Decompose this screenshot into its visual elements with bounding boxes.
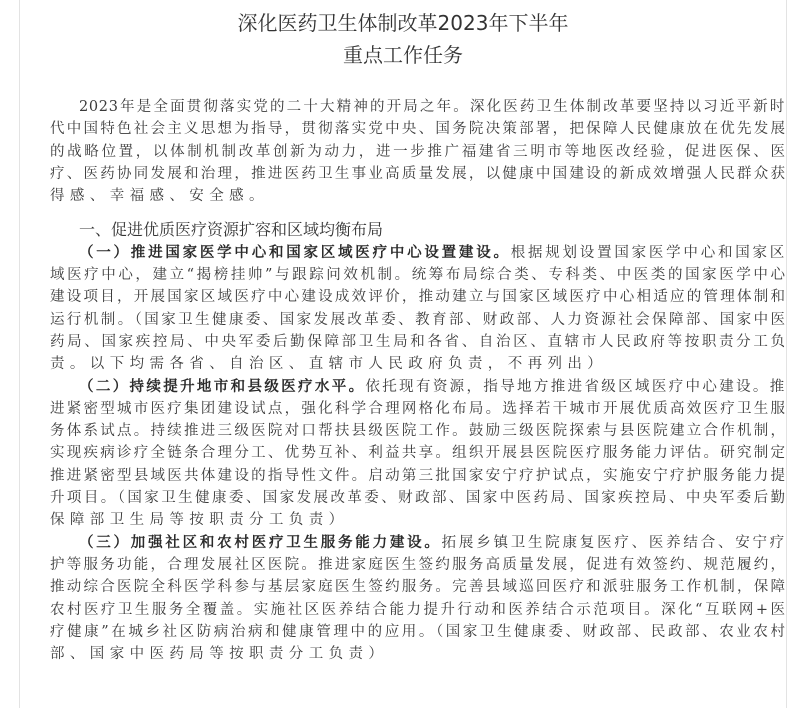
item-line: 域医疗中心，建立“揭榜挂帅”与跟踪问效机制。统筹布局综合类、专科类、中医类的国家…: [50, 264, 785, 286]
item-line: 责。以下均需各省、自治区、直辖市人民政府负责，不再列出）: [50, 353, 785, 375]
document-subtitle: 重点工作任务: [20, 42, 786, 68]
section-heading: 一、促进优质医疗资源扩容和区域均衡布局: [50, 219, 786, 241]
item-line: 运行机制。（国家卫生健康委、国家发展改革委、教育部、财政部、人力资源社会保障部、…: [50, 309, 785, 331]
item-line: 部、国家中医药局等按职责分工负责）: [50, 643, 785, 665]
item-title: （三）加强社区和农村医疗卫生服务能力建设。: [79, 534, 442, 551]
item-first-line: （二）持续提升地市和县级医疗水平。依托现有资源，指导地方推进省级区域医疗中心建设…: [50, 376, 785, 398]
item-line: 疗健康”在城乡社区防病治病和健康管理中的应用。（国家卫生健康委、财政部、民政部、…: [50, 621, 785, 643]
item-paragraph-3: （三）加强社区和农村医疗卫生服务能力建设。拓展乡镇卫生院康复医疗、医养结合、安宁…: [50, 532, 786, 666]
item-line: 农村医疗卫生服务全覆盖。实施社区医养结合能力提升行动和医养结合示范项目。深化“互…: [50, 599, 785, 621]
item-line: 务体系试点。持续推进三级医院对口帮扶县级医院工作。鼓励三级医院探索与县医院建立合…: [50, 420, 785, 442]
item-line: 建设项目，开展国家区域医疗中心建设成效评价，推动建立与国家区域医疗中心相适应的管…: [50, 286, 785, 308]
intro-line: 疗、医药协同发展和治理，推进医药卫生事业高质量发展，以健康中国建设的新成效增强人…: [50, 163, 785, 185]
item-title: （二）持续提升地市和县级医疗水平。: [79, 378, 365, 395]
right-border-line: [786, 0, 787, 708]
item-first-line: （三）加强社区和农村医疗卫生服务能力建设。拓展乡镇卫生院康复医疗、医养结合、安宁…: [50, 532, 785, 554]
item-text: 依托现有资源，指导地方推进省级区域医疗中心建设。推: [365, 379, 785, 395]
intro-line: 代中国特色社会主义思想为指导，贯彻落实党中央、国务院决策部署，把保障人民健康放在…: [50, 118, 785, 140]
item-line: 升项目。（国家卫生健康委、国家发展改革委、财政部、国家中医药局、国家疾控局、中央…: [50, 487, 785, 509]
item-line: 药局、国家疾控局、中央军委后勤保障部卫生局和各省、自治区、直辖市人民政府等按职责…: [50, 331, 785, 353]
item-title: （一）推进国家医学中心和国家区域医疗中心设置建设。: [79, 244, 511, 261]
item-line: 保障部卫生局等按职责分工负责）: [50, 509, 785, 531]
left-border-line: [19, 0, 20, 708]
item-line: 推进紧密型县域医共体建设的指导性文件。启动第三批国家安宁疗护试点，实施安宁疗护服…: [50, 465, 785, 487]
item-first-line: （一）推进国家医学中心和国家区域医疗中心设置建设。根据规划设置国家医学中心和国家…: [50, 242, 785, 264]
item-line: 护等服务功能，合理发展社区医院。推进家庭医生签约服务高质量发展，促进有效签约、规…: [50, 554, 785, 576]
item-text: 拓展乡镇卫生院康复医疗、医养结合、安宁疗: [442, 535, 785, 551]
item-text: 根据规划设置国家医学中心和国家区: [511, 245, 785, 261]
intro-line: 2023年是全面贯彻落实党的二十大精神的开局之年。深化医药卫生体制改革要坚持以习…: [50, 96, 785, 118]
document-body: 2023年是全面贯彻落实党的二十大精神的开局之年。深化医药卫生体制改革要坚持以习…: [50, 96, 786, 665]
intro-line: 的战略位置，以体制机制改革创新为动力，进一步推广福建省三明市等地医改经验，促进医…: [50, 141, 785, 163]
intro-paragraph: 2023年是全面贯彻落实党的二十大精神的开局之年。深化医药卫生体制改革要坚持以习…: [50, 96, 786, 207]
item-line: 实现疾病诊疗全链条合理分工、优势互补、利益共享。组织开展县医院医疗服务能力评估。…: [50, 442, 785, 464]
item-paragraph-1: （一）推进国家医学中心和国家区域医疗中心设置建设。根据规划设置国家医学中心和国家…: [50, 242, 786, 376]
document-title: 深化医药卫生体制改革2023年下半年: [20, 10, 786, 36]
item-line: 进紧密型城市医疗集团建设试点，强化科学合理网格化布局。选择若干城市开展优质高效医…: [50, 398, 785, 420]
item-line: 推动综合医院全科医学科参与基层家庭医生签约服务。完善县域巡回医疗和派驻服务工作机…: [50, 576, 785, 598]
item-paragraph-2: （二）持续提升地市和县级医疗水平。依托现有资源，指导地方推进省级区域医疗中心建设…: [50, 376, 786, 532]
intro-line: 得感、幸福感、安全感。: [50, 185, 785, 207]
